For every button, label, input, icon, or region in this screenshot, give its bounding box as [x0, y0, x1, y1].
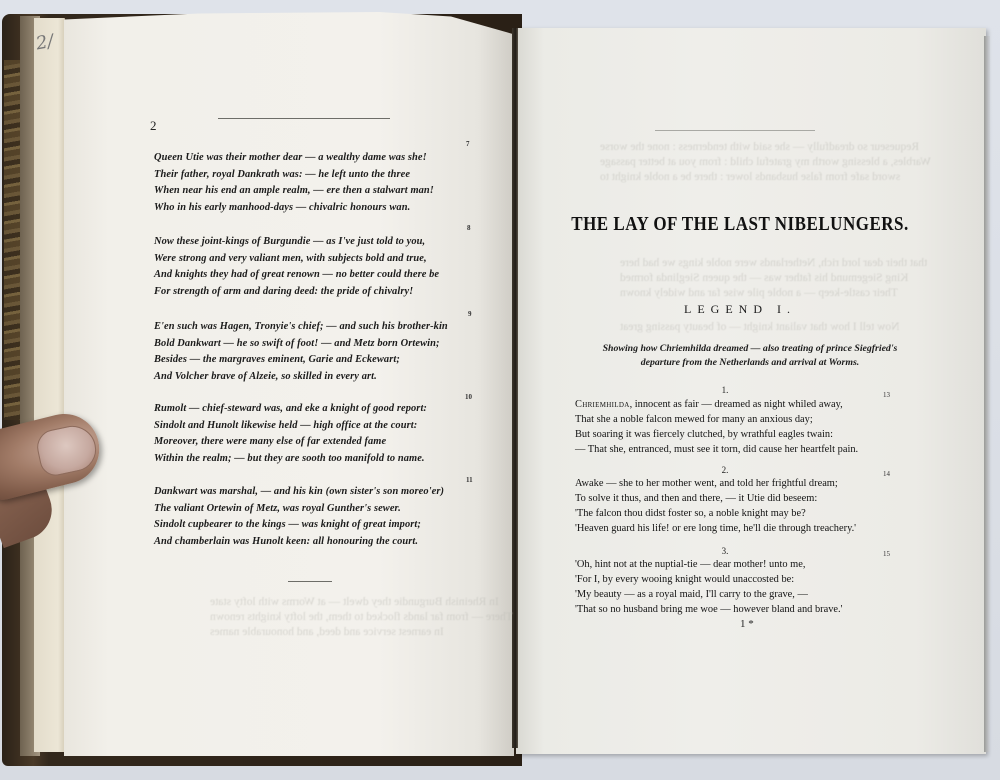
stanza-9: E'en such was Hagen, Tronyie's chief; — …: [154, 319, 454, 385]
verse-number: 10: [465, 393, 472, 401]
verse-line: The valiant Ortewin of Metz, was royal G…: [154, 501, 454, 518]
verse-number: 9: [468, 310, 472, 318]
verse-line: To solve it thus, and then and there, — …: [575, 491, 915, 506]
subtitle-line: Showing how Chriemhilda dreamed — also t…: [570, 342, 930, 356]
verse-line: — That she, entranced, must see it torn,…: [575, 442, 915, 457]
stanza-heading: 2.: [575, 465, 875, 475]
verse-line: Their father, royal Dankrath was: — he l…: [154, 167, 454, 184]
verse-line: 'The falcon thou didst foster so, a nobl…: [575, 506, 915, 521]
stanza-7: Queen Utie was their mother dear — a wea…: [154, 150, 454, 216]
verse-line: Bold Dankwart — he so swift of foot! — a…: [154, 336, 454, 353]
stanza-2: Awake — she to her mother went, and told…: [575, 476, 915, 536]
verse-line: Dankwart was marshal, — and his kin (own…: [154, 484, 454, 501]
verse-line: And Volcher brave of Alzeie, so skilled …: [154, 369, 454, 386]
show-through-text: Requeseur so dreadfully — she said with …: [600, 140, 919, 155]
verse-line: 'My beauty — as a royal maid, I'll carry…: [575, 587, 915, 602]
verse-number: 8: [467, 224, 471, 232]
show-through-text: sword safe from false husbands lower : t…: [600, 170, 900, 185]
verse-line: Were strong and very valiant men, with s…: [154, 251, 454, 268]
stanza-3: 'Oh, hint not at the nuptial-tie — dear …: [575, 557, 915, 617]
verse-line: But soaring it was fiercely clutched, by…: [575, 427, 915, 442]
stanza-8: Now these joint-kings of Burgundie — as …: [154, 234, 454, 300]
show-through-text: In earnest service and deed, and honoura…: [210, 625, 444, 640]
book-gutter: [512, 28, 518, 748]
verse-line: When near his end an ample realm, — ere …: [154, 183, 454, 200]
verse-line: Rumolt — chief-steward was, and eke a kn…: [154, 401, 454, 418]
stanza-11: Dankwart was marshal, — and his kin (own…: [154, 484, 454, 550]
verse-line: That she a noble falcon mewed for many a…: [575, 412, 915, 427]
verse-number: 7: [466, 140, 470, 148]
verse-line: Who in his early manhood-days — chivalri…: [154, 200, 454, 217]
verse-line: Besides — the margraves eminent, Garie a…: [154, 352, 454, 369]
verse-line: Within the realm; — but they are sooth t…: [154, 451, 454, 468]
verse-number: 11: [466, 476, 473, 484]
legend-heading: LEGEND I.: [560, 302, 920, 317]
verse-line: E'en such was Hagen, Tronyie's chief; — …: [154, 319, 454, 336]
header-rule: [218, 118, 390, 119]
verse-line: Awake — she to her mother went, and told…: [575, 476, 915, 491]
stanza-10: Rumolt — chief-steward was, and eke a kn…: [154, 401, 454, 467]
flyleaf: [34, 18, 65, 752]
verse-line: Queen Utie was their mother dear — a wea…: [154, 150, 454, 167]
legend-subtitle: Showing how Chriemhilda dreamed — also t…: [570, 342, 930, 370]
pencil-mark: 2/: [34, 31, 55, 55]
verse-line: Moreover, there were many else of far ex…: [154, 434, 454, 451]
stanza-heading: 3.: [575, 546, 875, 556]
show-through-text: Their castle-keep — a noble pile wise fa…: [620, 286, 898, 301]
show-through-text: Warbles, a blessing worth my grateful ch…: [600, 155, 931, 170]
book-title: THE LAY OF THE LAST NIBELUNGERS.: [560, 213, 920, 236]
show-through-text: In Rheinish Burgundie they dwelt — at Wo…: [210, 595, 499, 610]
verse-line: For strength of arm and daring deed: the…: [154, 284, 454, 301]
drop-word: Chriemhilda: [575, 399, 630, 410]
signature-mark: 1 *: [740, 618, 754, 630]
verse-line: And chamberlain was Hunolt keen: all hon…: [154, 534, 454, 551]
page-edge-shadow: [984, 36, 990, 752]
show-through-text: that their dear lord rich, Netherlands w…: [620, 256, 927, 271]
verse-line: And knights they had of great renown — n…: [154, 267, 454, 284]
verse-line: 'For I, by every wooing knight would una…: [575, 572, 915, 587]
stanza-1: Chriemhilda, innocent as fair — dreamed …: [575, 397, 915, 457]
verse-line: Now these joint-kings of Burgundie — as …: [154, 234, 454, 251]
footer-rule: [288, 581, 332, 582]
verse-line: 'That so no husband bring me woe — howev…: [575, 602, 915, 617]
stanza-heading: 1.: [575, 385, 875, 395]
verse-line: 'Heaven guard his life! or ere long time…: [575, 521, 915, 536]
verse-line: Sindolt and Hunolt likewise held — high …: [154, 418, 454, 435]
verse-line: 'Oh, hint not at the nuptial-tie — dear …: [575, 557, 915, 572]
subtitle-line: departure from the Netherlands and arriv…: [570, 356, 930, 370]
show-through-text: Now tell I how that valiant knight — of …: [620, 320, 899, 335]
show-through-text: There — from far lands flocked to them, …: [210, 610, 513, 625]
page-number-left: 2: [150, 118, 157, 134]
verse-line: Sindolt cupbearer to the kings — was kni…: [154, 517, 454, 534]
verse-line: Chriemhilda, innocent as fair — dreamed …: [575, 397, 915, 412]
header-rule-faint: [655, 130, 815, 131]
show-through-text: King Siegemund his father was — the quee…: [620, 271, 908, 286]
